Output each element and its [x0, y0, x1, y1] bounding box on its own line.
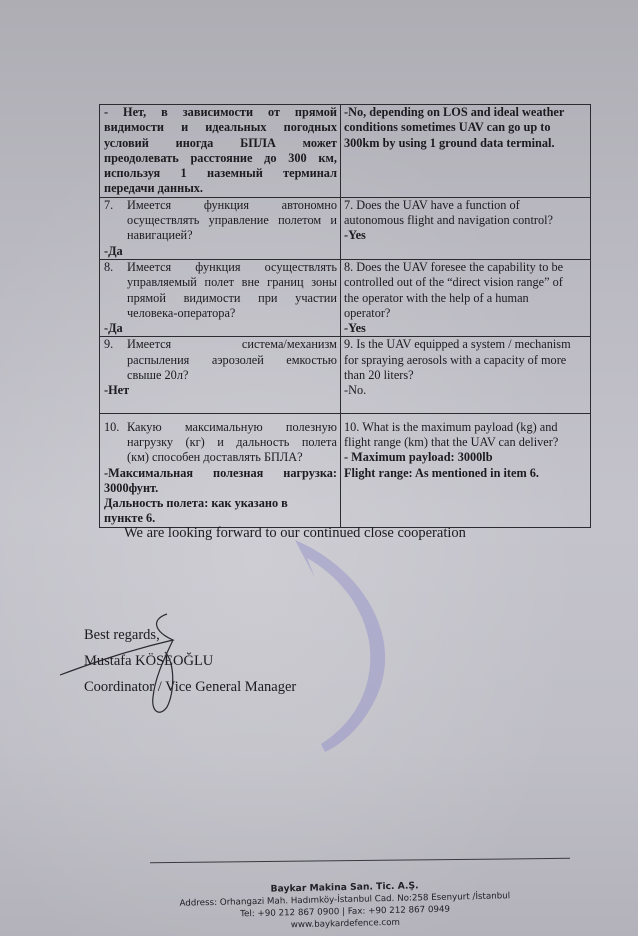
answer-text: Flight range: As mentioned in item 6. [344, 466, 587, 481]
table-row: 8.Имеется функция осуществлять управляем… [100, 259, 591, 336]
text-line: autonomous flight and navigation control… [344, 213, 587, 228]
text-line: 9. Is the UAV equipped a system / mechan… [344, 337, 587, 352]
ru-cell-question-9: 9.Имеется система/механизм распыления аэ… [100, 337, 341, 413]
ru-cell-question-10: 10.Какую максимальную полезную нагрузку … [100, 413, 341, 527]
table-row: 10.Какую максимальную полезную нагрузку … [100, 413, 591, 527]
text-line: Имеется функция автономно [127, 198, 337, 212]
text-line: for spraying aerosols with a capacity of… [344, 353, 587, 368]
footer-divider [150, 858, 570, 863]
en-cell-question-9: 9. Is the UAV equipped a system / mechan… [340, 337, 590, 413]
text-line: прямой видимости при участии [104, 291, 337, 306]
text-line: видимости и идеальных погодных [104, 120, 337, 135]
answer-text: -No. [344, 383, 587, 398]
text-line: Какую максимальную полезную [127, 420, 337, 434]
text-line: нагрузку (кг) и дальность полета [104, 435, 337, 450]
question-number: 7. [104, 198, 127, 213]
answer-text: -Максимальная полезная нагрузка: [104, 466, 337, 481]
text-line: управляемый полет вне границ зоны [104, 275, 337, 290]
answer-text: -Yes [344, 228, 587, 243]
table-row: 9.Имеется система/механизм распыления аэ… [100, 337, 591, 413]
signatory-title: Coordinator / Vice General Manager [84, 674, 296, 700]
text-line: 300km by using 1 ground data terminal. [344, 136, 587, 151]
text-line: controlled out of the “direct vision ran… [344, 275, 587, 290]
question-number: 10. [104, 420, 127, 435]
en-cell-question-8: 8. Does the UAV foresee the capability t… [340, 259, 590, 336]
answer-text: -Yes [344, 321, 587, 336]
text-line: человека-оператора? [104, 306, 337, 321]
text-line: the operator with the help of a human [344, 291, 587, 306]
answer-text: -Нет [104, 383, 337, 398]
table-row: - Нет, в зависимости от прямой видимости… [100, 105, 591, 198]
signature-block: Best regards, Mustafa KÖSEOĞLU Coordinat… [84, 622, 296, 700]
text-line: operator? [344, 306, 587, 321]
letterhead-footer: Baykar Makina San. Tic. A.Ş. Address: Or… [165, 878, 526, 934]
text-line: распыления аэрозолей емкостью [104, 353, 337, 368]
answer-text: -Да [104, 321, 337, 336]
greeting: Best regards, [84, 622, 296, 648]
ru-cell-answer-6: - Нет, в зависимости от прямой видимости… [100, 105, 341, 198]
answer-text: -Да [104, 244, 337, 259]
ru-cell-question-8: 8.Имеется функция осуществлять управляем… [100, 259, 341, 336]
en-cell-answer-6: -No, depending on LOS and ideal weather … [340, 105, 590, 198]
question-number: 8. [104, 260, 127, 275]
text-line: Имеется функция осуществлять [127, 260, 337, 274]
signatory-name: Mustafa KÖSEOĞLU [84, 648, 296, 674]
text-line: 10. What is the maximum payload (kg) and [344, 420, 587, 435]
answer-text: Дальность полета: как указано в [104, 496, 337, 511]
text-line: передачи данных. [104, 181, 337, 196]
text-line: conditions sometimes UAV can go up to [344, 120, 587, 135]
en-cell-question-7: 7. Does the UAV have a function of auton… [340, 197, 590, 259]
text-line: условий иногда БПЛА может [104, 136, 337, 151]
text-line: (км) способен доставлять БПЛА? [104, 450, 337, 465]
text-line: flight range (km) that the UAV can deliv… [344, 435, 587, 450]
qa-table: - Нет, в зависимости от прямой видимости… [99, 104, 591, 528]
text-line: преодолевать расстояние до 300 км, [104, 151, 337, 166]
text-line: свыше 20л? [104, 368, 337, 383]
closing-sentence: We are looking forward to our continued … [124, 525, 466, 542]
question-number: 9. [104, 337, 127, 352]
answer-text: - Maximum payload: 3000lb [344, 450, 587, 465]
text-line: -No, depending on LOS and ideal weather [344, 105, 587, 120]
answer-text: 3000фунт. [104, 481, 337, 496]
text-line: than 20 liters? [344, 368, 587, 383]
ru-cell-question-7: 7.Имеется функция автономно осуществлять… [100, 197, 341, 259]
text-line: Имеется система/механизм [127, 337, 337, 351]
text-line: навигацией? [104, 228, 337, 243]
text-line: 7. Does the UAV have a function of [344, 198, 587, 213]
text-line: осуществлять управление полетом и [104, 213, 337, 228]
text-line: используя 1 наземный терминал [104, 166, 337, 181]
text-line: 8. Does the UAV foresee the capability t… [344, 260, 587, 275]
en-cell-question-10: 10. What is the maximum payload (kg) and… [340, 413, 590, 527]
text-line: - Нет, в зависимости от прямой [104, 105, 337, 120]
table-row: 7.Имеется функция автономно осуществлять… [100, 197, 591, 259]
